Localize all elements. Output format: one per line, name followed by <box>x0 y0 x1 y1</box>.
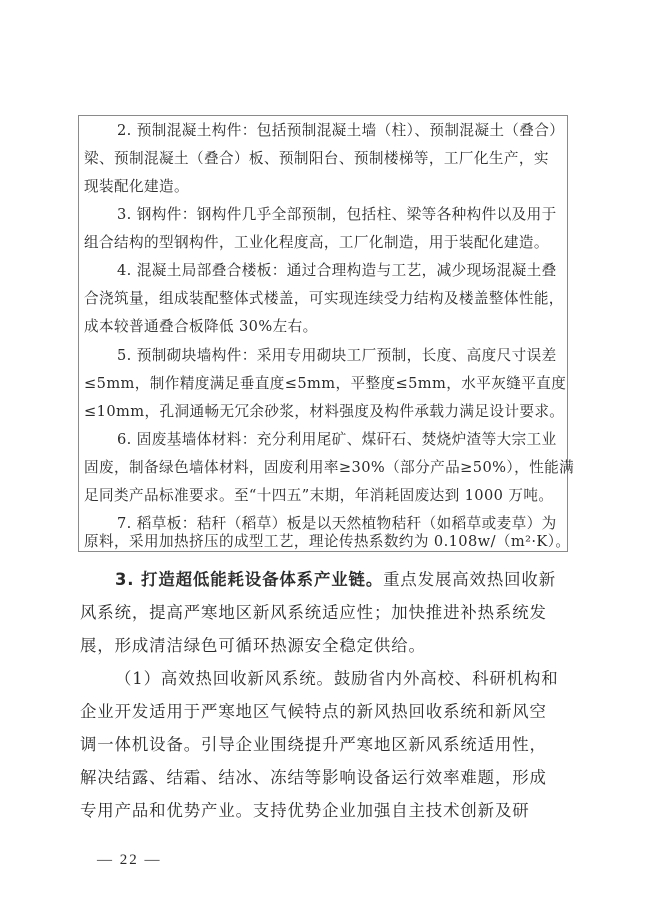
box-line: 原料，采用加热挤压的成型工艺，理论传热系数约为 0.108w/（m²·K）。 <box>84 532 570 552</box>
box-line: 2. 预制混凝土构件：包括预制混凝土墙（柱）、预制混凝土（叠合） <box>117 121 564 141</box>
box-line: 现装配化建造。 <box>84 177 189 197</box>
box-line: 3. 钢构件：钢构件几乎全部预制，包括柱、梁等各种构件以及用于 <box>117 205 557 225</box>
section-heading: 3. 打造超低能耗设备体系产业链。重点发展高效热回收新 <box>115 569 556 591</box>
section-heading-rest: 重点发展高效热回收新 <box>383 570 556 589</box>
box-line: 成本较普通叠合板降低 30%左右。 <box>84 317 318 337</box>
body-line: 解决结露、结霜、结冰、冻结等影响设备运行效率难题，形成 <box>80 767 547 789</box>
box-line: 固废，制备绿色墙体材料，固废利用率≥30%（部分产品≥50%），性能满 <box>84 458 574 478</box>
box-line: 7. 稻草板：秸秆（稻草）板是以天然植物秸秆（如稻草或麦草）为 <box>117 514 557 534</box>
box-line: 组合结构的型钢构件，工业化程度高，工厂化制造，用于装配化建造。 <box>84 233 549 253</box>
box-line: 4. 混凝土局部叠合楼板：通过合理构造与工艺，减少现场混凝土叠 <box>117 261 557 281</box>
box-line: 合浇筑量，组成装配整体式楼盖，可实现连续受力结构及楼盖整体性能， <box>84 289 564 309</box>
section-heading-bold: 3. 打造超低能耗设备体系产业链。 <box>115 570 383 589</box>
box-line: 足同类产品标准要求。至“十四五”末期，年消耗固废达到 1000 万吨。 <box>84 486 553 506</box>
body-line: 企业开发适用于严寒地区气候特点的新风热回收系统和新风空 <box>80 701 547 723</box>
body-line: 专用产品和优势产业。支持优势企业加强自主技术创新及研 <box>80 800 530 822</box>
body-line: 风系统，提高严寒地区新风系统适应性；加快推进补热系统发 <box>80 602 547 624</box>
box-line: ≤10mm，孔洞通畅无冗余砂浆，材料强度及构件承载力满足设计要求。 <box>84 402 564 422</box>
body-line: 展，形成清洁绿色可循环热源安全稳定供给。 <box>80 635 426 657</box>
box-line: 5. 预制砌块墙构件：采用专用砌块工厂预制，长度、高度尺寸误差 <box>117 346 557 366</box>
page-number: — 22 — <box>97 852 162 869</box>
box-line: 梁、预制混凝土（叠合）板、预制阳台、预制楼梯等，工厂化生产，实 <box>84 149 549 169</box>
box-line: ≤5mm，制作精度满足垂直度≤5mm，平整度≤5mm，水平灰缝平直度 <box>84 374 566 394</box>
body-line: （1）高效热回收新风系统。鼓励省内外高校、科研机构和 <box>115 668 559 690</box>
body-line: 调一体机设备。引导企业围绕提升严寒地区新风系统适用性， <box>80 734 547 756</box>
box-line: 6. 固废基墙体材料：充分利用尾矿、煤矸石、焚烧炉渣等大宗工业 <box>117 430 557 450</box>
